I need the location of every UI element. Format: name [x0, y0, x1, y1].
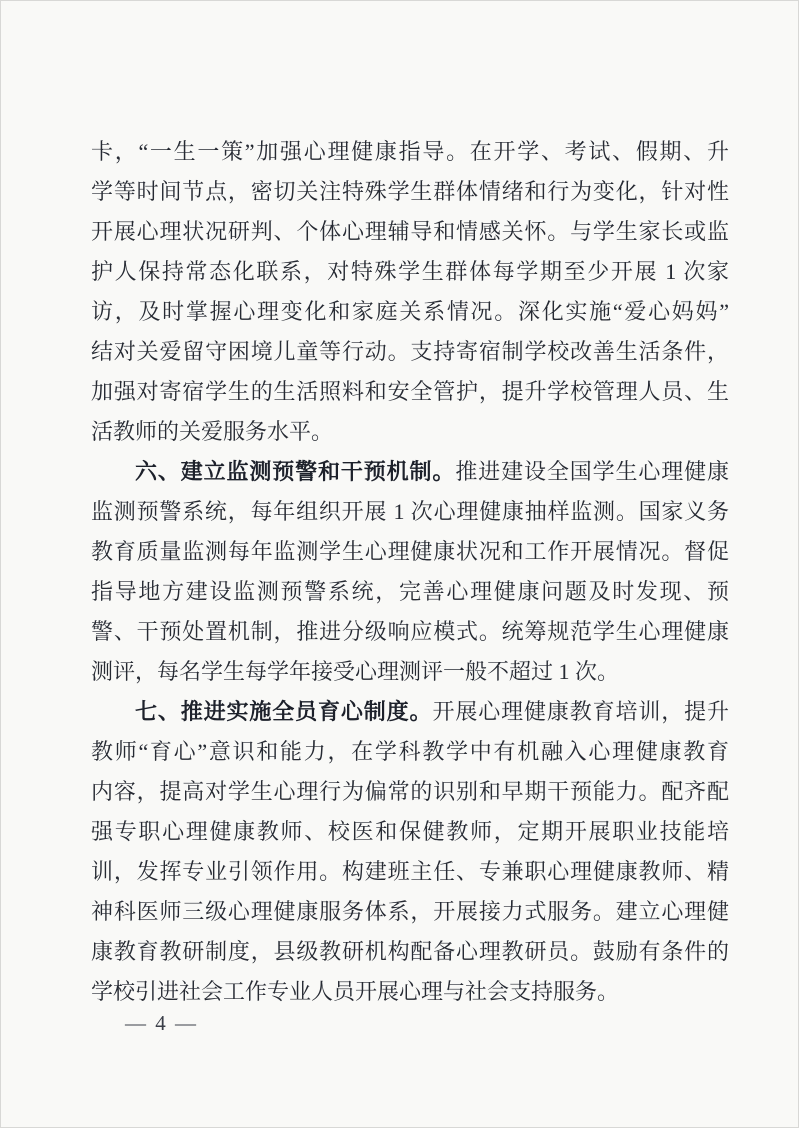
body-line: 教师“育心”意识和能力，在学科教学中有机融入心理健康教育 [91, 732, 729, 772]
body-line: 神科医师三级心理健康服务体系，开展接力式服务。建立心理健 [91, 892, 729, 932]
line-text: 开展心理状况研判、个体心理辅导和情感关怀。与学生家长或监 [91, 219, 729, 244]
document-page: 卡，“一生一策”加强心理健康指导。在开学、考试、假期、升 学等时间节点，密切关注… [0, 0, 799, 1128]
body-line-section-6-heading: 六、建立监测预警和干预机制。推进建设全国学生心理健康 [91, 452, 729, 492]
body-line: 测评，每名学生每学年接受心理测评一般不超过 1 次。 [91, 652, 729, 692]
line-text: 卡，“一生一策”加强心理健康指导。在开学、考试、假期、升 [91, 139, 729, 164]
line-text: 加强对寄宿学生的生活照料和安全管护，提升学校管理人员、生 [91, 379, 729, 404]
line-text: 测评，每名学生每学年接受心理测评一般不超过 1 次。 [91, 659, 619, 684]
line-text: 神科医师三级心理健康服务体系，开展接力式服务。建立心理健 [91, 899, 729, 924]
body-line: 内容，提高对学生心理行为偏常的识别和早期干预能力。配齐配 [91, 772, 729, 812]
line-text: 教师“育心”意识和能力，在学科教学中有机融入心理健康教育 [91, 739, 729, 764]
line-text: 训，发挥专业引领作用。构建班主任、专兼职心理健康教师、精 [91, 859, 729, 884]
body-line: 训，发挥专业引领作用。构建班主任、专兼职心理健康教师、精 [91, 852, 729, 892]
body-line: 指导地方建设监测预警系统，完善心理健康问题及时发现、预 [91, 572, 729, 612]
line-text: 强专职心理健康教师、校医和保健教师，定期开展职业技能培 [91, 819, 729, 844]
line-text: 教育质量监测每年监测学生心理健康状况和工作开展情况。督促 [91, 539, 729, 564]
line-text: 访，及时掌握心理变化和家庭关系情况。深化实施“爱心妈妈” [91, 299, 729, 324]
line-text: 推进建设全国学生心理健康 [455, 459, 729, 484]
line-text: 开展心理健康教育培训，提升 [432, 699, 729, 724]
body-line: 结对关爱留守困境儿童等行动。支持寄宿制学校改善生活条件， [91, 332, 729, 372]
line-text: 结对关爱留守困境儿童等行动。支持寄宿制学校改善生活条件， [91, 339, 729, 364]
document-body: 卡，“一生一策”加强心理健康指导。在开学、考试、假期、升 学等时间节点，密切关注… [91, 132, 729, 1012]
body-line: 开展心理状况研判、个体心理辅导和情感关怀。与学生家长或监 [91, 212, 729, 252]
line-text: 学等时间节点，密切关注特殊学生群体情绪和行为变化，针对性 [91, 179, 729, 204]
page-number: — 4 — [125, 1008, 198, 1038]
line-text: 警、干预处置机制，推进分级响应模式。统筹规范学生心理健康 [91, 619, 729, 644]
body-line: 卡，“一生一策”加强心理健康指导。在开学、考试、假期、升 [91, 132, 729, 172]
section-7-heading: 七、推进实施全员育心制度。 [135, 699, 432, 724]
body-line: 监测预警系统，每年组织开展 1 次心理健康抽样监测。国家义务 [91, 492, 729, 532]
line-text: 学校引进社会工作专业人员开展心理与社会支持服务。 [91, 979, 619, 1004]
line-text: 指导地方建设监测预警系统，完善心理健康问题及时发现、预 [91, 579, 729, 604]
body-line: 活教师的关爱服务水平。 [91, 412, 729, 452]
body-line: 学校引进社会工作专业人员开展心理与社会支持服务。 [91, 972, 729, 1012]
body-line: 教育质量监测每年监测学生心理健康状况和工作开展情况。督促 [91, 532, 729, 572]
line-text: 内容，提高对学生心理行为偏常的识别和早期干预能力。配齐配 [91, 779, 729, 804]
body-line: 护人保持常态化联系，对特殊学生群体每学期至少开展 1 次家 [91, 252, 729, 292]
body-line: 访，及时掌握心理变化和家庭关系情况。深化实施“爱心妈妈” [91, 292, 729, 332]
body-line-section-7-heading: 七、推进实施全员育心制度。开展心理健康教育培训，提升 [91, 692, 729, 732]
body-line: 强专职心理健康教师、校医和保健教师，定期开展职业技能培 [91, 812, 729, 852]
body-line: 学等时间节点，密切关注特殊学生群体情绪和行为变化，针对性 [91, 172, 729, 212]
line-text: 护人保持常态化联系，对特殊学生群体每学期至少开展 1 次家 [91, 259, 729, 284]
body-line: 警、干预处置机制，推进分级响应模式。统筹规范学生心理健康 [91, 612, 729, 652]
line-text: 康教育教研制度，县级教研机构配备心理教研员。鼓励有条件的 [91, 939, 729, 964]
body-line: 康教育教研制度，县级教研机构配备心理教研员。鼓励有条件的 [91, 932, 729, 972]
section-6-heading: 六、建立监测预警和干预机制。 [135, 459, 455, 484]
page-number-label: — 4 — [125, 1011, 198, 1035]
body-line: 加强对寄宿学生的生活照料和安全管护，提升学校管理人员、生 [91, 372, 729, 412]
line-text: 监测预警系统，每年组织开展 1 次心理健康抽样监测。国家义务 [91, 499, 729, 524]
line-text: 活教师的关爱服务水平。 [91, 419, 333, 444]
